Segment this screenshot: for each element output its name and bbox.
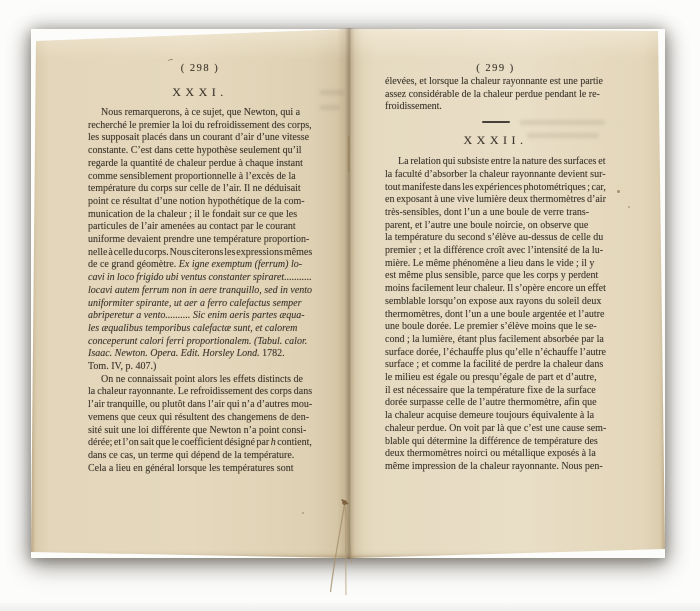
text-line: cond ; la lumière, étant plus facilement… <box>385 334 606 347</box>
text-run: la chaleur rayonnante. Le refroidissemen… <box>88 386 312 397</box>
text-line: surface dorée, l’échauffe plus qu’elle n… <box>385 347 606 360</box>
text-line: sité suit une loi différente que Newton … <box>88 425 312 438</box>
page-left-text-block: Nous remarquerons, à ce sujet, que Newto… <box>88 107 312 475</box>
text-line: même impression de la chaleur rayonnante… <box>385 461 606 474</box>
italic-text-run: les æqualibus temporibus calefactæ sunt,… <box>88 323 297 334</box>
text-line: uniforme devaient prendre une températur… <box>88 234 312 247</box>
text-line: nelle à celle du corps. Nous citerons le… <box>88 247 312 260</box>
text-run: Tom. IV, p. 407.) <box>88 361 156 372</box>
text-line: assez considérable de la chaleur perdue … <box>385 89 606 102</box>
text-run: blable qui détermine la différence de te… <box>385 436 598 447</box>
text-line: regarde la quantité de chaleur perdue à … <box>88 158 312 171</box>
text-line: recherché le premier la loi du refroidis… <box>88 120 312 133</box>
text-line: en exposant à une vive lumière deux ther… <box>385 194 606 207</box>
text-line: semblable lorsqu’on expose aux rayons du… <box>385 296 606 309</box>
text-run: comme sensiblement proportionnelle à l’e… <box>88 171 296 182</box>
text-run: surface dorée, l’échauffe plus qu’elle n… <box>385 347 606 358</box>
text-run: thermomètres, dont l’un a une boule arge… <box>385 309 604 320</box>
text-run: la température du second s’élève au-dess… <box>385 232 603 243</box>
text-line: une boule dorée. Le premier s’élève moin… <box>385 321 606 334</box>
text-run: élevées, et lorsque la chaleur rayonnant… <box>385 76 603 87</box>
text-run: munication de la chaleur ; il le fondait… <box>88 209 297 220</box>
text-run: premier ; et la différence croît avec l’… <box>385 245 603 256</box>
text-line: dans ce cas, un terme qui dépend de la t… <box>88 450 312 463</box>
text-run: est même plus sensible, parce que les co… <box>385 270 598 281</box>
section-heading-xxxi: XXXI. <box>88 85 312 99</box>
text-line: abriperetur a vento.......... Sic enim a… <box>88 310 312 323</box>
text-run: recherché le premier la loi du refroidis… <box>88 120 312 131</box>
text-line: particules de l’air amenées au contact p… <box>88 221 312 234</box>
section-heading-xxxii: XXXII. <box>385 133 606 147</box>
text-line: l’air tranquille, ou plutôt dans l’air q… <box>88 399 312 412</box>
text-line: conceperunt calori ferri proportionalem.… <box>88 336 312 349</box>
text-run: chaleur perdue. On voit par là que c’est… <box>385 423 606 434</box>
text-line: munication de la chaleur ; il le fondait… <box>88 209 312 222</box>
text-run: le milieu est égale ou presqu’égale de p… <box>385 372 597 383</box>
text-run: Cela a lieu en général lorsque les tempé… <box>88 463 293 474</box>
text-line: froidissement. <box>385 101 606 114</box>
text-run: même impression de la chaleur rayonnante… <box>385 461 603 472</box>
text-line: parent, et l’autre une boule noircie, on… <box>385 220 606 233</box>
text-run: regarde la quantité de chaleur perdue à … <box>88 158 303 169</box>
text-line: dérée; et l’on sait que le coefficient d… <box>88 437 312 450</box>
italic-text-run: conceperunt calori ferri proportionalem.… <box>88 336 307 347</box>
text-run: il est nécessaire que la température fix… <box>385 385 596 396</box>
text-run: sité suit une loi différente que Newton … <box>88 425 306 436</box>
foxing-speck <box>302 512 304 514</box>
italic-text-run: Ex igne exemptum (ferrum) lo- <box>179 259 302 270</box>
text-run: 1782. <box>260 348 285 359</box>
text-run: dorée surpasse celle de l’autre thermomè… <box>385 397 597 408</box>
text-line: premier ; et la différence croît avec l’… <box>385 245 606 258</box>
text-line: les æqualibus temporibus calefactæ sunt,… <box>88 323 312 336</box>
text-line: les supposait placés dans un courant d’a… <box>88 132 312 145</box>
text-run: dérée; et l’on sait que le coefficient d… <box>88 437 271 448</box>
show-through-ghost <box>320 105 340 110</box>
page-right-content: ( 299 ) élevées, et lorsque la chaleur r… <box>385 56 606 474</box>
text-line: surface ; et comme la facilité de perdre… <box>385 359 606 372</box>
text-line: de ce grand géomètre. Ex igne exemptum (… <box>88 259 312 272</box>
text-line: la température du second s’élève au-dess… <box>385 232 606 245</box>
page-left: – ( 298 ) XXXI. Nous remarquerons, à ce … <box>31 29 350 558</box>
italic-text-run: uniformiter spirante, ut aer a ferro cal… <box>88 298 302 309</box>
italic-text-run: Isaac. Newton. Opera. Edit. Horsley Lond… <box>88 348 260 359</box>
text-line: est même plus sensible, parce que les co… <box>385 270 606 283</box>
text-run: point ce résultat d’une notion hypothéti… <box>88 196 305 207</box>
text-run: de ce grand géomètre. <box>88 259 179 270</box>
text-run: température du corps sur celle de l’air.… <box>88 183 301 194</box>
italic-text-run: abriperetur a vento.......... Sic enim a… <box>88 310 305 321</box>
text-run: constante. C’est dans cette hypothèse se… <box>88 145 302 156</box>
text-run: vemens que ceux qui résultent des change… <box>88 412 309 423</box>
foxing-speck <box>628 206 630 208</box>
text-line: uniformiter spirante, ut aer a ferro cal… <box>88 298 312 311</box>
photograph-background: – ( 298 ) XXXI. Nous remarquerons, à ce … <box>0 0 700 611</box>
text-line: tout manifeste dans les expériences phot… <box>385 182 606 195</box>
text-run: les supposait placés dans un courant d’a… <box>88 132 309 143</box>
text-run: nelle à celle du corps. Nous citerons le… <box>88 247 312 258</box>
text-run: froidissement. <box>385 101 442 112</box>
text-line: La relation qui subsiste entre la nature… <box>385 156 606 169</box>
page-left-content: – ( 298 ) XXXI. Nous remarquerons, à ce … <box>88 56 312 475</box>
italic-text-run: locavi autem ferrum non in aere tranquil… <box>88 285 312 296</box>
text-line: deux thermomètres noirci ou métallique e… <box>385 448 606 461</box>
text-run: moins facilement leur chaleur. Il s’opèr… <box>385 283 606 294</box>
text-line: moins facilement leur chaleur. Il s’opèr… <box>385 283 606 296</box>
text-line: il est nécessaire que la température fix… <box>385 385 606 398</box>
text-run: l’air tranquille, ou plutôt dans l’air q… <box>88 399 312 410</box>
text-line: On ne connaissait point alors les effets… <box>88 374 312 387</box>
text-run: tout manifeste dans les expériences phot… <box>385 182 606 193</box>
page-number-right: ( 299 ) <box>385 62 606 75</box>
text-line: Cela a lieu en général lorsque les tempé… <box>88 463 312 476</box>
page-right: ( 299 ) élevées, et lorsque la chaleur r… <box>350 29 665 558</box>
page-number-left: ( 298 ) <box>88 62 312 75</box>
text-line: cavi in loco frigido ubi ventus constant… <box>88 272 312 285</box>
text-run: la faculté d’absorber la chaleur rayonna… <box>385 169 606 180</box>
text-run: parent, et l’autre une boule noircie, on… <box>385 220 588 231</box>
stray-ink-mark: – <box>167 54 173 65</box>
page-right-continuation-text: élevées, et lorsque la chaleur rayonnant… <box>385 76 606 114</box>
text-run: dans ce cas, un terme qui dépend de la t… <box>88 450 294 461</box>
text-run: On ne connaissait point alors les effets… <box>101 374 303 385</box>
show-through-ghost <box>320 90 344 95</box>
text-run: Nous remarquerons, à ce sujet, que Newto… <box>101 107 300 118</box>
text-line: chaleur perdue. On voit par là que c’est… <box>385 423 606 436</box>
text-line: point ce résultat d’une notion hypothéti… <box>88 196 312 209</box>
text-run: uniforme devaient prendre une températur… <box>88 234 309 245</box>
text-run: surface ; et comme la facilité de perdre… <box>385 359 603 370</box>
text-line: constante. C’est dans cette hypothèse se… <box>88 145 312 158</box>
text-line: vemens que ceux qui résultent des change… <box>88 412 312 425</box>
text-line: Nous remarquerons, à ce sujet, que Newto… <box>88 107 312 120</box>
text-run: La relation qui subsiste entre la nature… <box>398 156 606 167</box>
text-line: blable qui détermine la différence de te… <box>385 436 606 449</box>
text-line: locavi autem ferrum non in aere tranquil… <box>88 285 312 298</box>
text-run: cond ; la lumière, étant plus facilement… <box>385 334 604 345</box>
text-line: Tom. IV, p. 407.) <box>88 361 312 374</box>
text-line: mière. Le même phénomène a lieu dans le … <box>385 258 606 271</box>
text-line: le milieu est égale ou presqu’égale de p… <box>385 372 606 385</box>
text-line: élevées, et lorsque la chaleur rayonnant… <box>385 76 606 89</box>
text-line: dorée surpasse celle de l’autre thermomè… <box>385 397 606 410</box>
text-run: semblable lorsqu’on expose aux rayons du… <box>385 296 601 307</box>
text-run: deux thermomètres noirci ou métallique e… <box>385 448 596 459</box>
text-line: la chaleur rayonnante. Le refroidissemen… <box>88 386 312 399</box>
italic-text-run: cavi in loco frigido ubi ventus constant… <box>88 272 312 283</box>
text-line: comme sensiblement proportionnelle à l’e… <box>88 171 312 184</box>
text-run: mière. Le même phénomène a lieu dans le … <box>385 258 594 269</box>
text-run: très-sensibles, dont l’un a une boule de… <box>385 207 589 218</box>
text-line: la chaleur acquise demeure toujours équi… <box>385 410 606 423</box>
section-divider-rule <box>482 121 510 123</box>
text-line: thermomètres, dont l’un a une boule arge… <box>385 309 606 322</box>
text-run: la chaleur acquise demeure toujours équi… <box>385 410 594 421</box>
text-run: contient, <box>276 437 312 448</box>
foxing-speck <box>617 190 620 193</box>
text-run: particules de l’air amenées au contact p… <box>88 221 296 232</box>
page-right-text-block: La relation qui subsiste entre la nature… <box>385 156 606 474</box>
text-line: Isaac. Newton. Opera. Edit. Horsley Lond… <box>88 348 312 361</box>
text-line: très-sensibles, dont l’un a une boule de… <box>385 207 606 220</box>
text-line: température du corps sur celle de l’air.… <box>88 183 312 196</box>
text-run: une boule dorée. Le premier s’élève moin… <box>385 321 597 332</box>
text-line: la faculté d’absorber la chaleur rayonna… <box>385 169 606 182</box>
text-run: assez considérable de la chaleur perdue … <box>385 89 600 100</box>
text-run: en exposant à une vive lumière deux ther… <box>385 194 606 205</box>
